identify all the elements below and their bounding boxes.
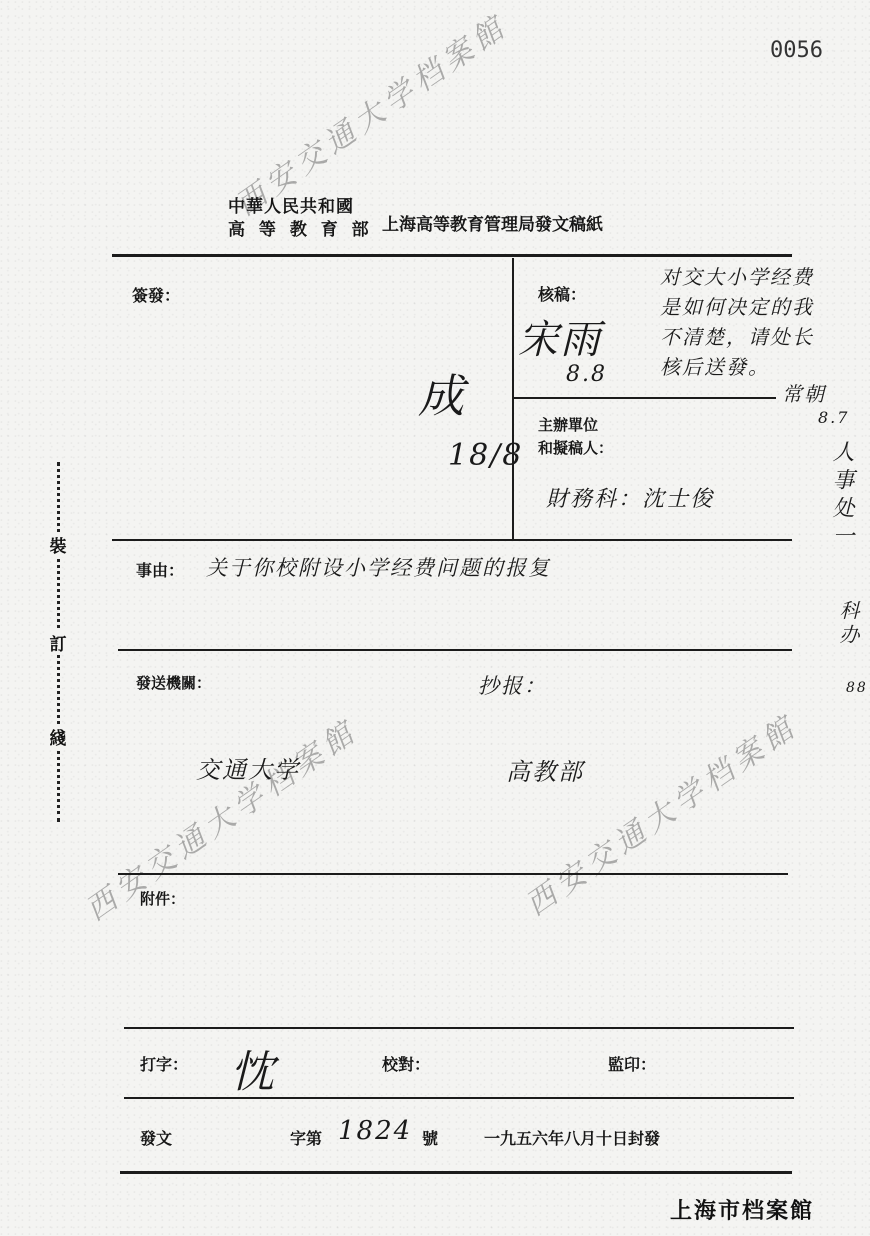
sign-issue-date: 18/8 xyxy=(448,438,523,473)
binding-char: 綫 xyxy=(48,724,68,749)
rule xyxy=(514,397,776,399)
watermark: 西安交通大学档案館 xyxy=(515,702,806,924)
rule-vertical xyxy=(512,258,514,540)
department-handwritten: 財務科：沈士俊 xyxy=(546,482,714,513)
recipients-label: 發送機關： xyxy=(136,672,211,693)
issue-number: 1824 xyxy=(338,1116,412,1146)
issue-date: 一九五六年八月十日封發 xyxy=(484,1126,660,1149)
rule xyxy=(112,539,792,541)
review-note-date: 8.7 xyxy=(818,408,849,427)
watermark: 西安交通大学档案館 xyxy=(75,707,366,929)
header-line2: 高 等 教 育 部 xyxy=(228,215,373,240)
rule xyxy=(118,649,792,651)
issue-label: 發文 xyxy=(140,1126,172,1149)
review-note-line: 是如何决定的我 xyxy=(660,292,814,322)
review-label: 核稿： xyxy=(538,282,586,305)
review-signature: 宋雨 xyxy=(518,308,602,365)
department-label-line1: 主辦單位 xyxy=(538,414,598,435)
subject-handwritten: 关于你校附设小学经费问题的报复 xyxy=(206,552,551,582)
cc-label: 抄报： xyxy=(478,670,547,700)
paper-texture xyxy=(0,0,870,1236)
print-supervise-label: 監印： xyxy=(608,1052,656,1075)
form-title: 上海高等教育管理局發文稿紙 xyxy=(382,210,603,235)
review-date: 8.8 xyxy=(566,362,607,387)
margin-note: 人事处一 xyxy=(826,440,857,552)
attachment-label: 附件： xyxy=(140,888,185,909)
typing-label: 打字： xyxy=(140,1052,188,1075)
binding-char: 訂 xyxy=(48,630,68,655)
margin-number: 88 xyxy=(846,680,868,696)
binding-char: 裝 xyxy=(48,532,68,557)
header-line1: 中華人民共和國 xyxy=(228,192,354,217)
sign-issue-handwritten: 成 xyxy=(418,360,466,426)
rule xyxy=(124,1097,794,1099)
rule xyxy=(118,873,788,875)
department-label-line2: 和擬稿人： xyxy=(538,437,613,458)
rule xyxy=(112,254,792,257)
margin-note: 科办 xyxy=(834,600,863,648)
review-note: 对交大小学经费 是如何决定的我 不清楚，请处长 核后送發。 xyxy=(660,262,814,382)
subject-label: 事由： xyxy=(136,558,184,581)
page-number: 0056 xyxy=(770,38,823,63)
recipient-primary: 交通大学 xyxy=(196,750,300,785)
issue-prefix: 字第 xyxy=(290,1126,322,1149)
issue-suffix: 號 xyxy=(422,1126,438,1149)
review-note-signature: 常朝 xyxy=(782,378,826,407)
review-note-line: 不清楚，请处长 xyxy=(660,322,814,352)
rule xyxy=(120,1171,792,1174)
recipient-cc: 高教部 xyxy=(506,752,584,787)
proofread-label: 校對： xyxy=(382,1052,430,1075)
archive-stamp: 上海市档案館 xyxy=(670,1194,814,1225)
rule xyxy=(124,1027,794,1029)
sign-issue-label: 簽發： xyxy=(132,283,180,306)
watermark: 西安交通大学档案館 xyxy=(225,2,516,224)
typing-handwritten: 忱 xyxy=(230,1036,276,1100)
binding-margin: 裝 訂 綫 xyxy=(48,462,68,822)
review-note-line: 对交大小学经费 xyxy=(660,262,814,292)
